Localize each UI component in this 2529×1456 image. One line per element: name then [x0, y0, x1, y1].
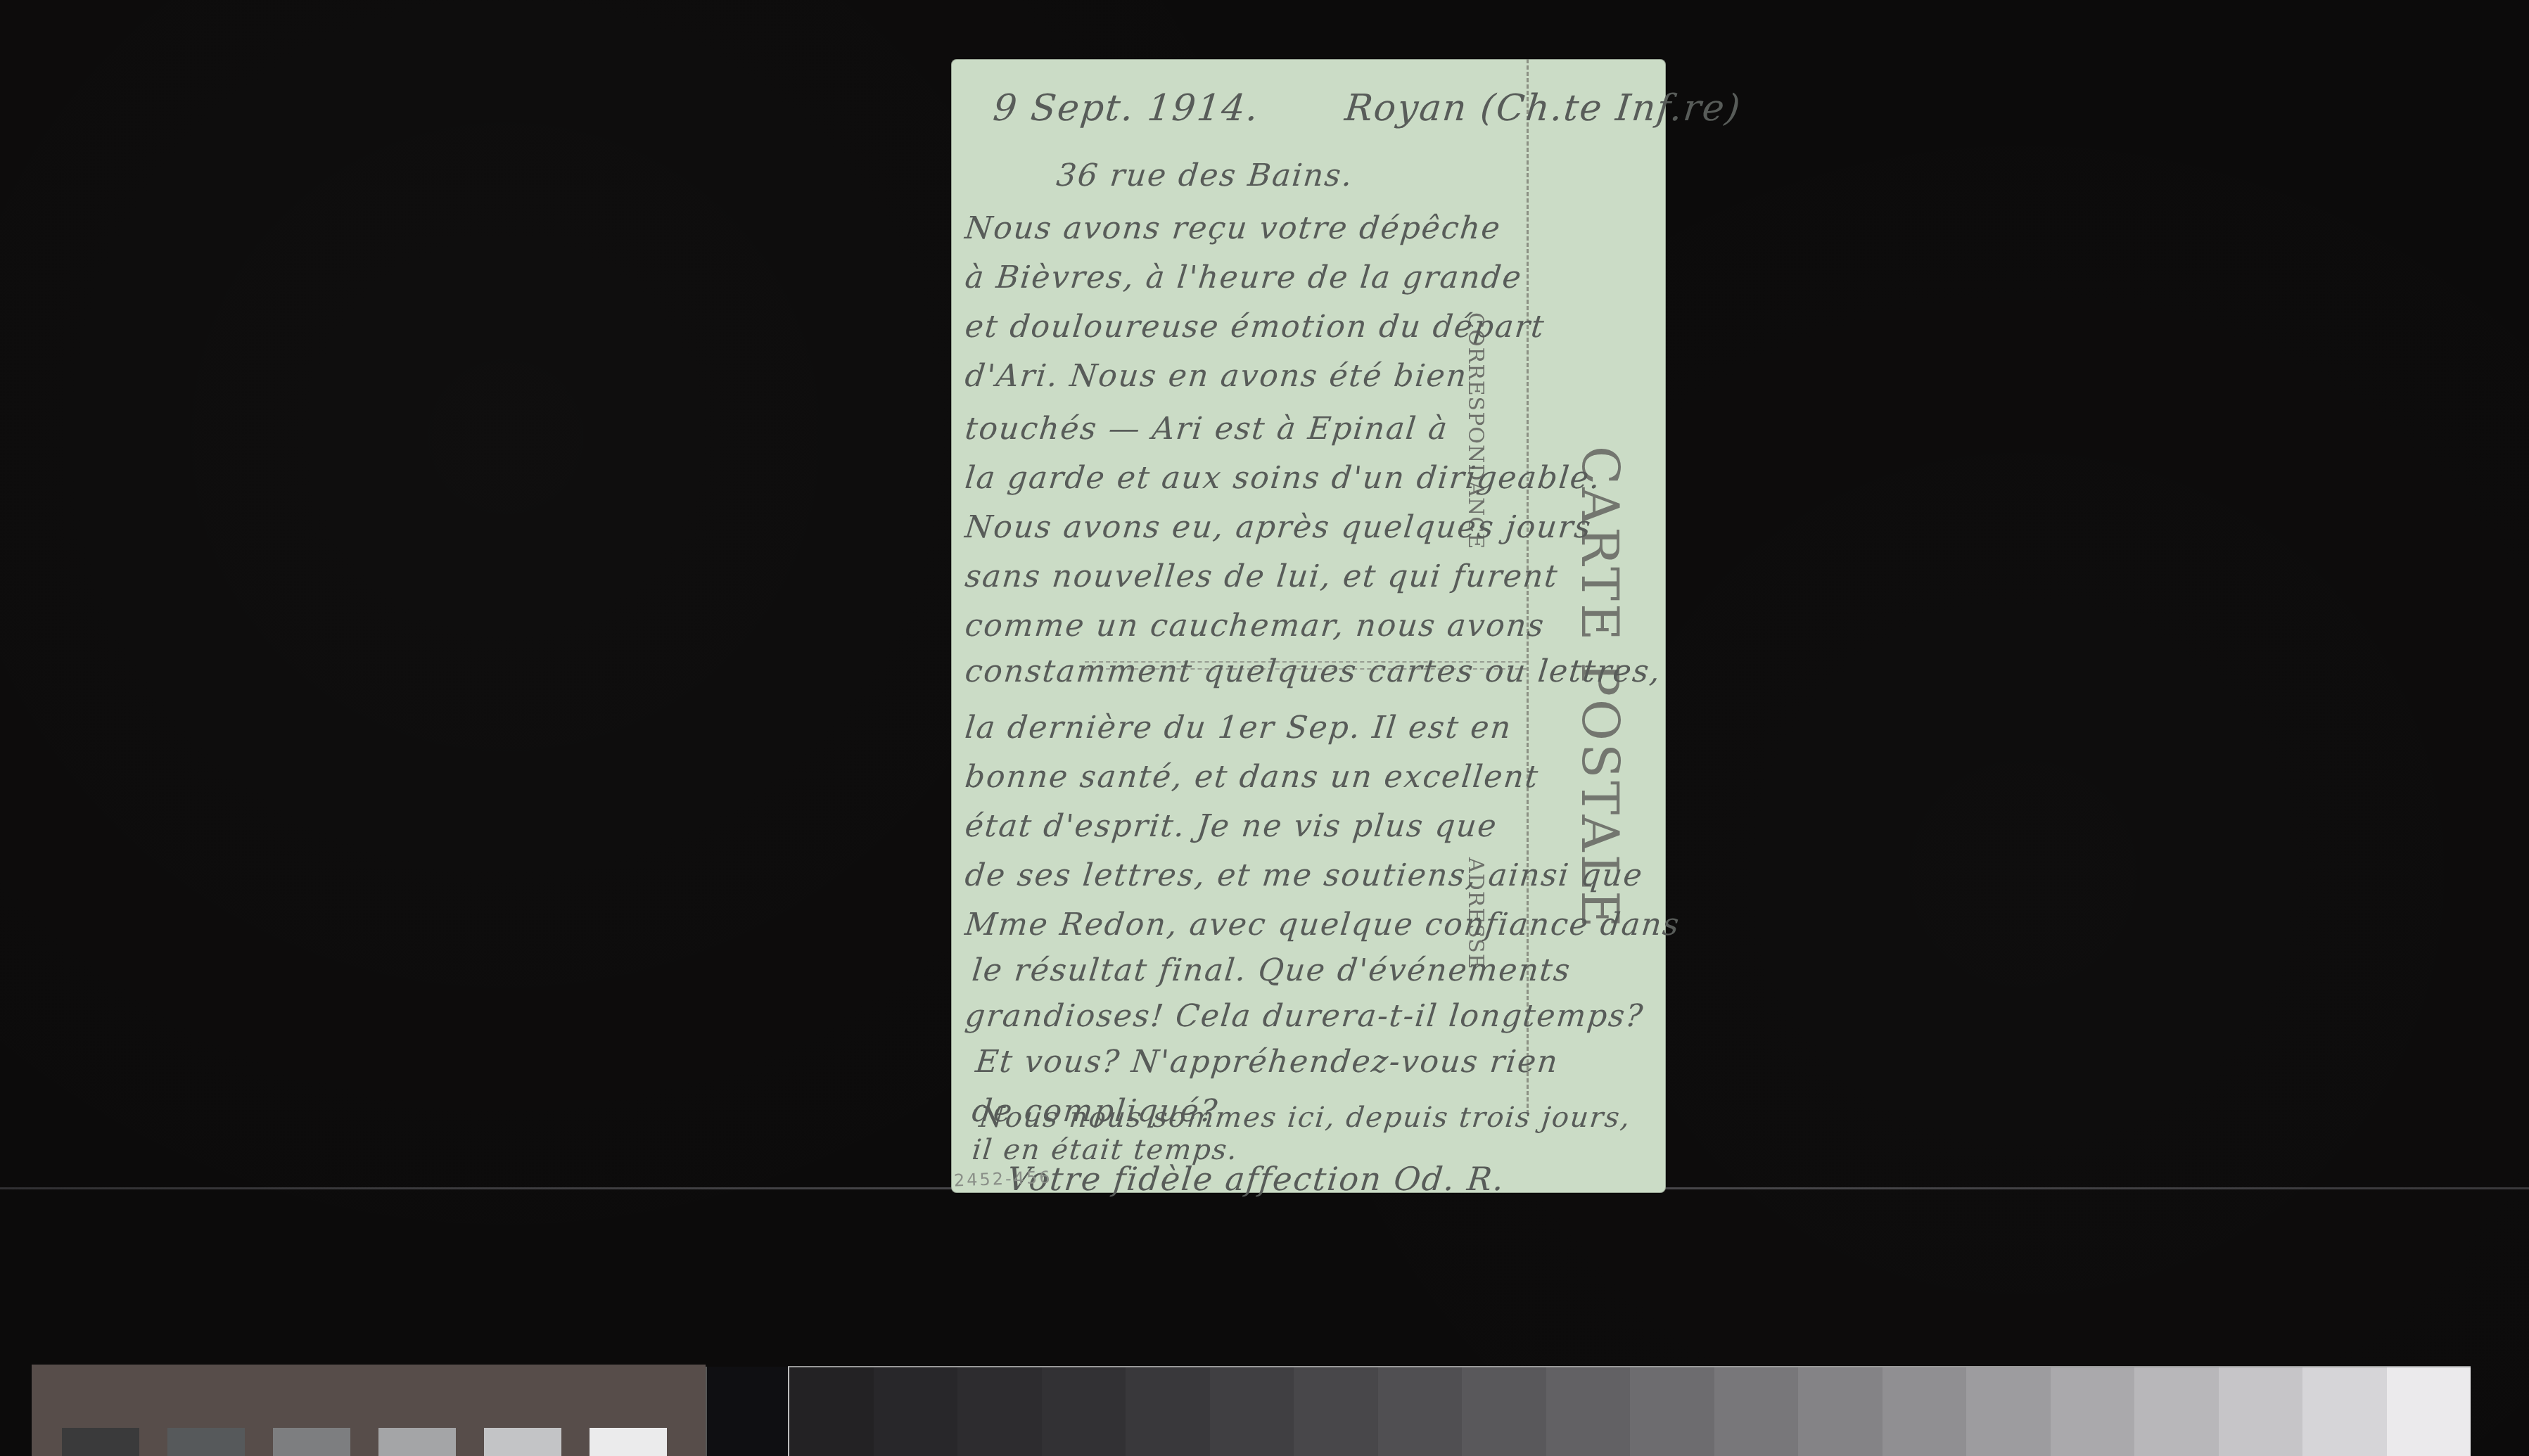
scale-step	[1798, 1367, 1883, 1456]
letter-line: sans nouvelles de lui, et qui furent	[963, 558, 1560, 594]
black-reference-strip	[706, 1367, 788, 1456]
gray-patch-3	[273, 1428, 350, 1456]
letter-line: constamment quelques cartes ou lettres,	[963, 653, 1663, 689]
letter-line: et douloureuse émotion du départ	[963, 309, 1547, 345]
scale-step	[2134, 1367, 2219, 1456]
scale-step	[1966, 1367, 2051, 1456]
scale-step	[2051, 1367, 2135, 1456]
scale-step	[1294, 1367, 1378, 1456]
scale-step	[1042, 1367, 1126, 1456]
letter-line: à Bièvres, à l'heure de la grande	[963, 260, 1524, 295]
scale-step	[1378, 1367, 1463, 1456]
letter-line: Nous avons eu, après quelques jours	[963, 509, 1593, 545]
scale-step	[2219, 1367, 2303, 1456]
scale-step	[957, 1367, 1042, 1456]
letter-place: Royan (Ch.te Inf.re)	[1343, 87, 1743, 129]
letter-signoff: Votre fidèle affection Od. R.	[1005, 1160, 1507, 1198]
scale-step	[1210, 1367, 1294, 1456]
gray-patch-1	[62, 1428, 139, 1456]
letter-address: 36 rue des Bains.	[1055, 158, 1355, 193]
grayscale-step-wedge	[788, 1366, 2471, 1456]
letter-line: le résultat final. Que d'événements	[970, 952, 1572, 988]
handwritten-letter: 9 Sept. 1914. Royan (Ch.te Inf.re) 36 ru…	[951, 59, 1666, 1193]
gray-patch-4	[378, 1428, 456, 1456]
gray-calibration-card	[32, 1365, 706, 1456]
letter-line: Nous avons reçu votre dépêche	[963, 210, 1503, 246]
scale-step	[1714, 1367, 1799, 1456]
archive-number: 2452-456	[954, 1168, 1052, 1191]
letter-line: Mme Redon, avec quelque confiance dans	[963, 907, 1682, 943]
scale-step	[2302, 1367, 2387, 1456]
letter-line: comme un cauchemar, nous avons	[963, 608, 1546, 644]
scale-step	[1462, 1367, 1546, 1456]
letter-line: la dernière du 1er Sep. Il est en	[963, 710, 1513, 746]
scale-step	[789, 1367, 874, 1456]
scale-step	[874, 1367, 958, 1456]
gray-patch-2	[167, 1428, 245, 1456]
letter-line: grandioses! Cela durera-t-il longtemps?	[963, 998, 1645, 1034]
letter-line: Nous nous sommes ici, depuis trois jours…	[978, 1101, 1633, 1134]
letter-line: d'Ari. Nous en avons été bien	[963, 358, 1470, 394]
scale-step	[2387, 1367, 2471, 1456]
postcard: CORRESPONDANCE ADRESSE CARTE POSTALE 9 S…	[951, 59, 1666, 1193]
letter-line: état d'esprit. Je ne vis plus que	[963, 808, 1499, 844]
gray-patch-5	[484, 1428, 561, 1456]
scale-step	[1883, 1367, 1967, 1456]
letter-line: la garde et aux soins d'un dirigeable.	[963, 460, 1603, 496]
gray-patch-6	[590, 1428, 667, 1456]
scale-step	[1126, 1367, 1210, 1456]
letter-line: touchés — Ari est à Epinal à	[963, 411, 1450, 447]
letter-line: Et vous? N'appréhendez-vous rien	[974, 1044, 1560, 1080]
letter-date: 9 Sept. 1914.	[991, 87, 1261, 129]
scale-step	[1546, 1367, 1631, 1456]
scale-step	[1630, 1367, 1714, 1456]
letter-line: bonne santé, et dans un excellent	[963, 759, 1541, 795]
letter-line: de ses lettres, et me soutiens, ainsi qu…	[963, 857, 1645, 893]
